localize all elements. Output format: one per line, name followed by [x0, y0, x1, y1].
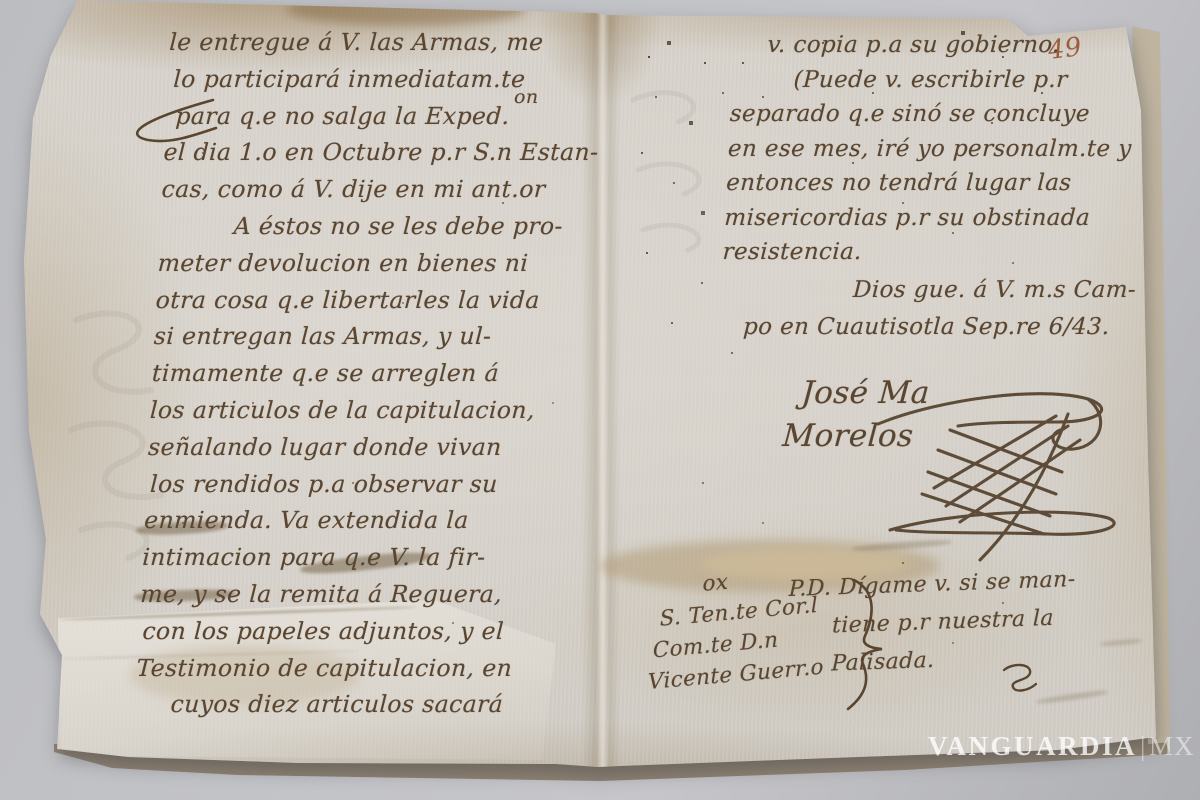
manuscript-line: en ese mes, iré yo personalm.te y	[727, 132, 1159, 167]
ink-specks	[0, 0, 2, 2]
closing-line: Dios gue. á V. m.s Cam-	[852, 272, 1137, 309]
closing-line: po en Cuautisotla Sep.re 6/43.	[742, 309, 1135, 346]
manuscript-line: otra cosa q.e libertarles la vida	[155, 282, 597, 319]
manuscript-line: con los papeles adjuntos, y el	[142, 613, 580, 650]
pen-mark	[1036, 689, 1108, 705]
manuscript-line: timamente q.e se arreglen á	[151, 355, 593, 392]
catchword: on	[514, 86, 538, 108]
manuscript-line: los articulos de la capitulacion,	[149, 392, 591, 429]
vanguardia-watermark: VANGUARDIA|MX	[928, 731, 1194, 762]
bleed-through-marks	[618, 60, 738, 260]
manuscript-open-spread: le entregue á V. las Armas, me lo partic…	[0, 0, 1200, 800]
manuscript-line: el dia 1.o en Octubre p.r S.n Estan-	[163, 134, 605, 171]
manuscript-line: los rendidos p.a observar su	[149, 466, 587, 503]
manuscript-line: enmienda. Va extendida la	[143, 502, 585, 539]
manuscript-line: Testimonio de capitulacion, en	[136, 650, 578, 687]
manuscript-line: resistencia.	[722, 235, 1154, 270]
manuscript-line: v. copia p.a su gobierno.	[767, 28, 1165, 63]
manuscript-line: si entregan las Armas, y ul-	[153, 318, 595, 355]
manuscript-line: cas, como á V. dije en mi ant.or	[161, 171, 603, 208]
manuscript-line: separado q.e sinó se concluye	[729, 97, 1161, 132]
paper-shadow-wrap: le entregue á V. las Armas, me lo partic…	[0, 0, 1200, 800]
watermark-suffix: MX	[1149, 731, 1195, 761]
manuscript-line: señalando lugar donde vivan	[147, 429, 589, 466]
manuscript-line: meter devolucion en bienes ni	[157, 245, 599, 282]
ink-specks	[0, 0, 2, 2]
manuscript-line: intimacion para q.e V. la fir-	[141, 539, 583, 576]
right-page-text-block: v. copia p.a su gobierno. (Puede v. escr…	[722, 28, 1165, 270]
watermark-brand: VANGUARDIA	[928, 731, 1137, 761]
manuscript-line: A éstos no se les debe pro-	[233, 208, 601, 245]
manuscript-line: cuyos diez articulos sacará	[170, 686, 576, 723]
pen-mark	[1100, 638, 1142, 647]
photo-of-manuscript-letter: le entregue á V. las Armas, me lo partic…	[0, 0, 1200, 800]
watermark-divider: |	[1140, 731, 1148, 761]
postscript-rubric	[1000, 660, 1040, 694]
manuscript-line: entonces no tendrá lugar las	[725, 166, 1157, 201]
left-page-text-block: le entregue á V. las Armas, me lo partic…	[134, 24, 611, 723]
manuscript-line: para q.e no salga la Exped.	[175, 98, 607, 135]
signature-rubric	[862, 372, 1134, 562]
manuscript-line: le entregue á V. las Armas, me	[168, 24, 610, 61]
top-edge-stain	[286, 0, 526, 26]
manuscript-line: me, y se la remita á Reguera,	[139, 576, 581, 613]
closing-block: Dios gue. á V. m.s Cam- po en Cuautisotl…	[728, 272, 1137, 346]
manuscript-line: (Puede v. escribirle p.r	[793, 63, 1163, 98]
manuscript-line: lo participará inmediatam.te	[172, 61, 608, 98]
manuscript-line: misericordias p.r su obstinada	[723, 201, 1155, 236]
